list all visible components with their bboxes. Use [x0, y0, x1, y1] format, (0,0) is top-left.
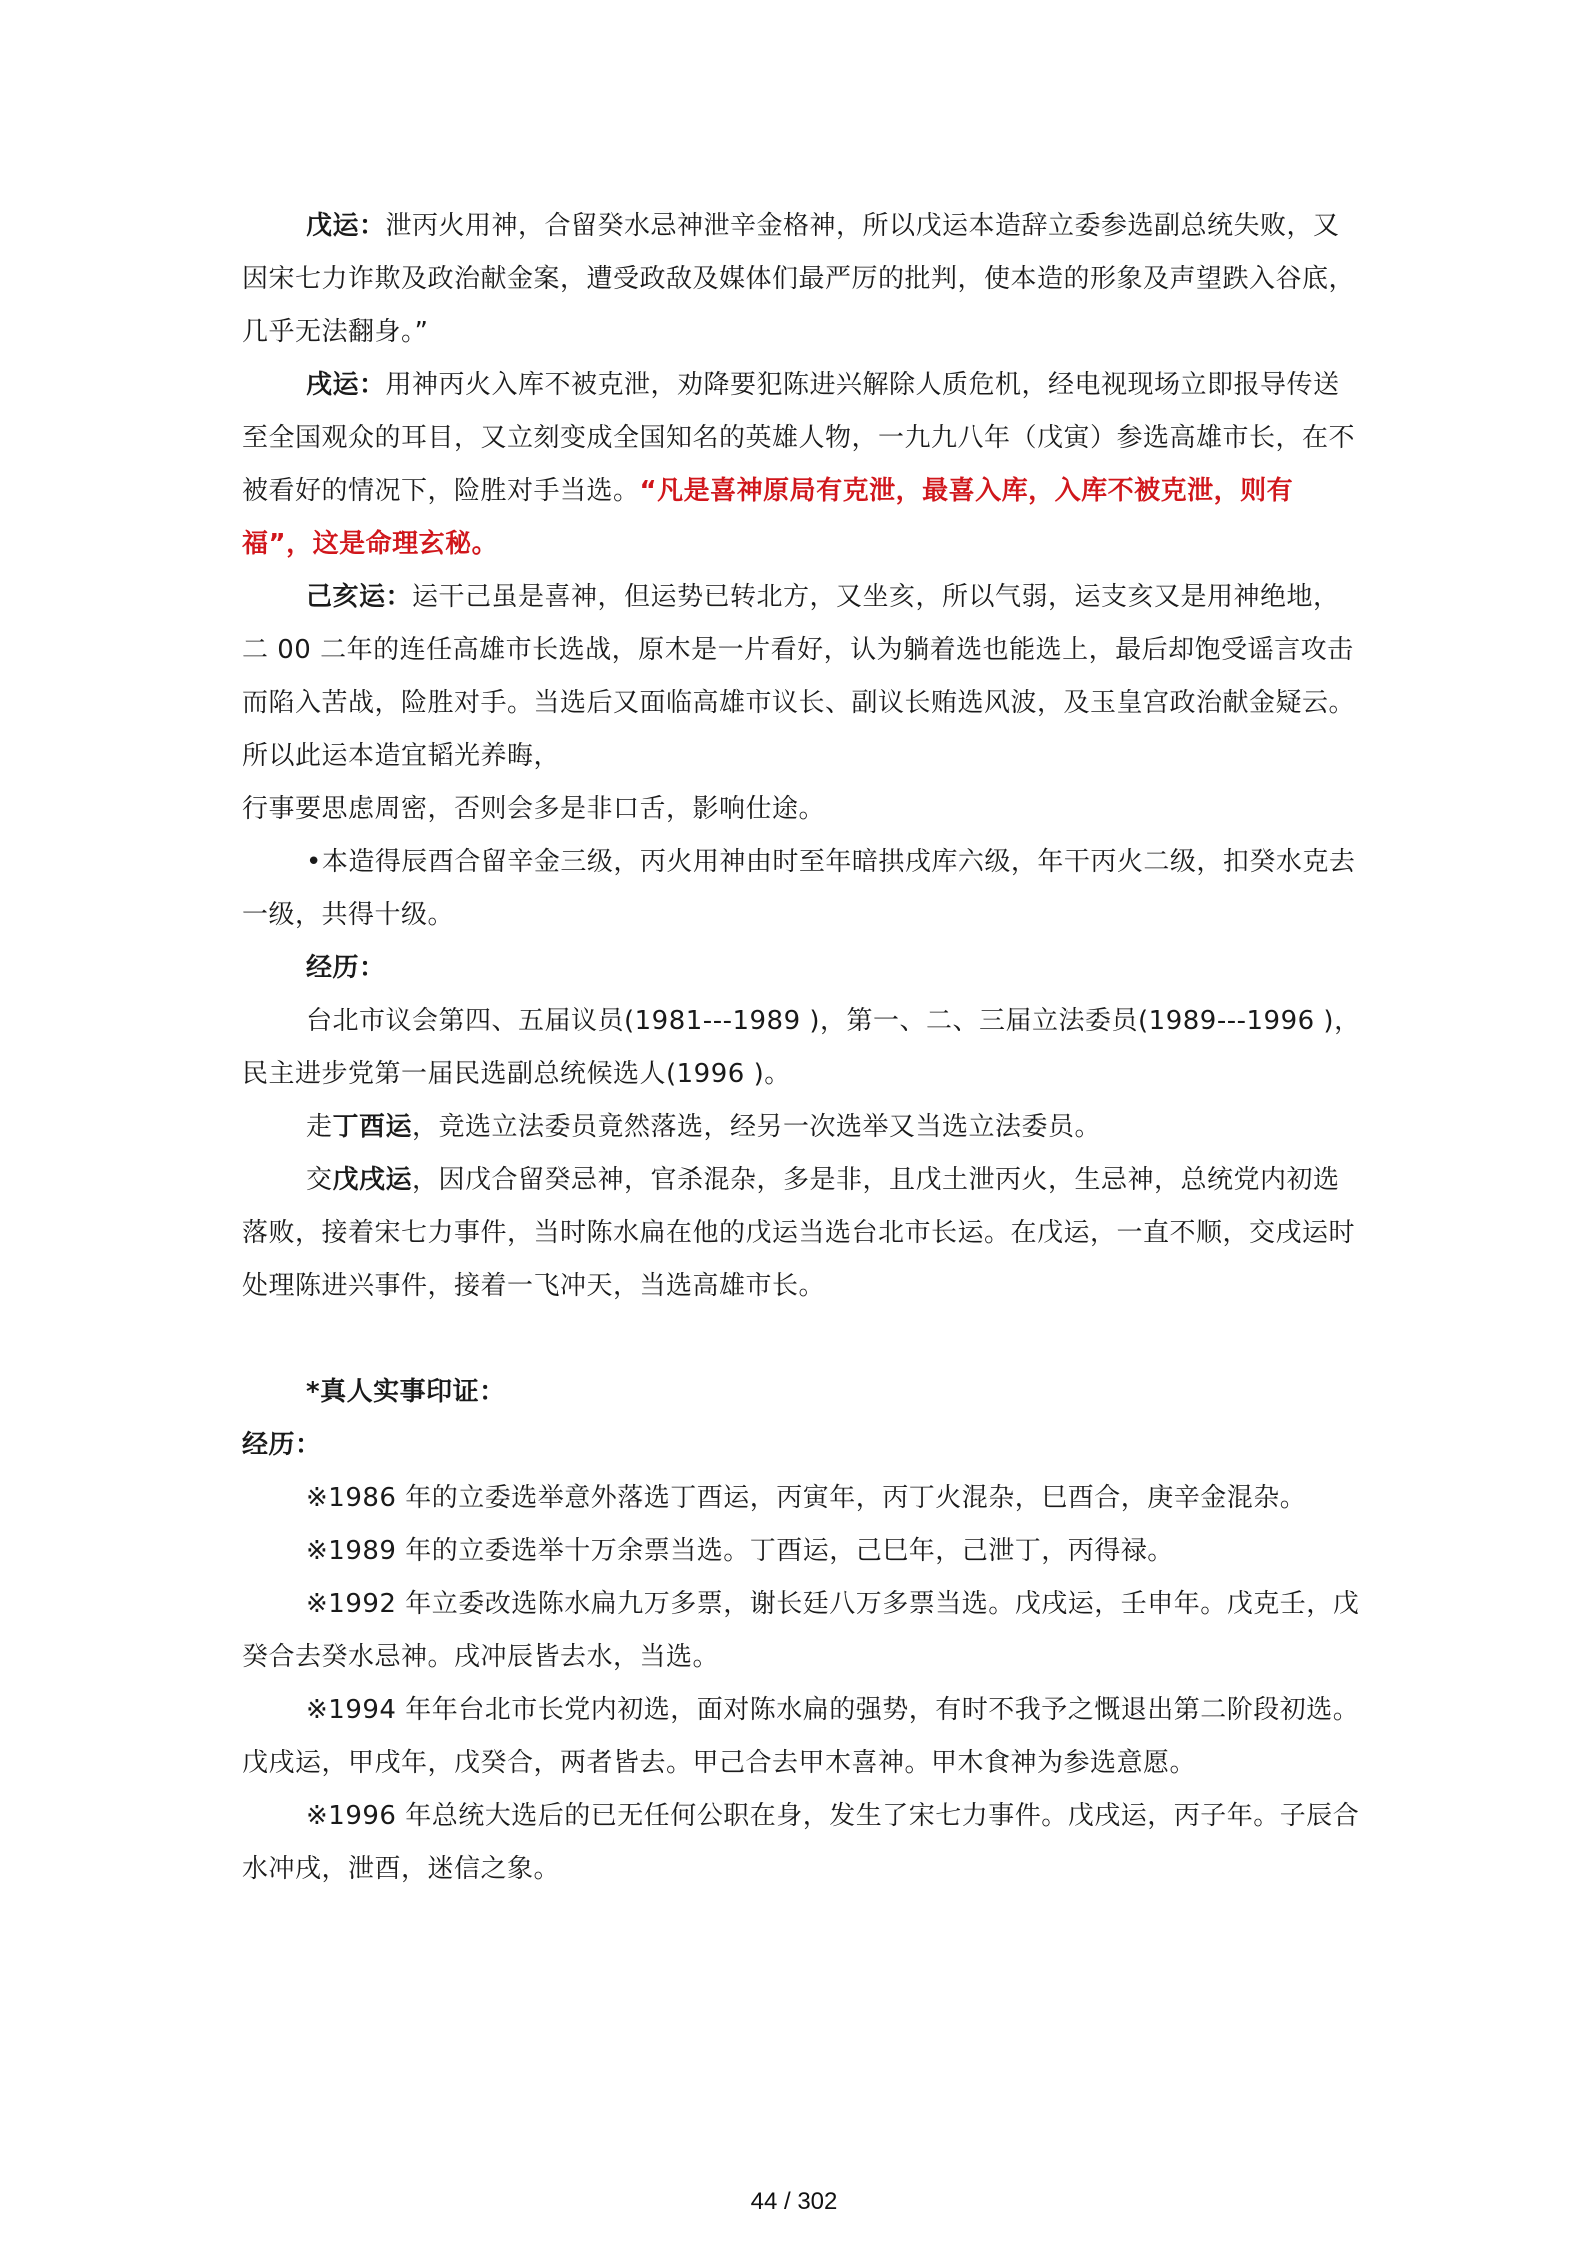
- list-item-text: ※1986 年的立委选举意外落选丁酉运，丙寅年，丙丁火混杂，巳酉合，庚辛金混杂。: [306, 1483, 1306, 1513]
- paragraph-text: 行事要思虑周密，否则会多是非口舌，影响仕途。: [242, 794, 825, 824]
- paragraph-dingyou-yun: 走丁酉运，竞选立法委员竟然落选，经另一次选举又当选立法委员。: [242, 1101, 1362, 1154]
- paragraph-text: 台北市议会第四、五届议员(1981---1989 )，第一、二、三届立法委员(1…: [242, 1006, 1361, 1089]
- paragraph-text: •本造得辰酉合留辛金三级，丙火用神由时至年暗拱戌库六级，年干丙火二级，扣癸水克去…: [242, 847, 1355, 930]
- paragraph-wuxu-yun: 交戊戌运，因戊合留癸忌神，官杀混杂，多是非，且戊土泄丙火，生忌神，总统党内初选落…: [242, 1154, 1362, 1313]
- page-indicator: 44 / 302: [0, 2188, 1588, 2216]
- paragraph-text: 泄丙火用神，合留癸水忌神泄辛金格神，所以戊运本造辞立委参选副总统失败，又因宋七力…: [242, 211, 1355, 347]
- list-item-1986: ※1986 年的立委选举意外落选丁酉运，丙寅年，丙丁火混杂，巳酉合，庚辛金混杂。: [242, 1472, 1362, 1525]
- paragraph-pre: 交: [306, 1165, 333, 1195]
- section-subheading-experience: 经历：: [242, 1419, 1362, 1472]
- paragraph-pre: 走: [306, 1112, 333, 1142]
- paragraph-text: ，竞选立法委员竟然落选，经另一次选举又当选立法委员。: [412, 1112, 1101, 1142]
- heading-experience: 经历：: [242, 942, 1362, 995]
- paragraph-level-count: •本造得辰酉合留辛金三级，丙火用神由时至年暗拱戌库六级，年干丙火二级，扣癸水克去…: [242, 836, 1362, 942]
- list-item-1994: ※1994 年年台北市长党内初选，面对陈水扁的强势，有时不我予之慨退出第二阶段初…: [242, 1684, 1362, 1790]
- section-heading-real-cases: *真人实事印证：: [242, 1366, 1362, 1419]
- paragraph-lead: 丁酉运: [333, 1112, 413, 1142]
- document-page: 戊运：泄丙火用神，合留癸水忌神泄辛金格神，所以戊运本造辞立委参选副总统失败，又因…: [242, 200, 1362, 1896]
- list-item-text: ※1996 年总统大选后的已无任何公职在身，发生了宋七力事件。戊戌运，丙子年。子…: [242, 1801, 1359, 1884]
- paragraph-lead: 戊运：: [306, 211, 386, 241]
- paragraph-lead: 戌运：: [306, 370, 386, 400]
- paragraph-lead: 戊戌运: [333, 1165, 413, 1195]
- spacer: [242, 1313, 1362, 1366]
- paragraph-jihai-yun: 己亥运：运干己虽是喜神，但运势已转北方，又坐亥，所以气弱，运支亥又是用神绝地，二…: [242, 571, 1362, 783]
- paragraph-continuation: 行事要思虑周密，否则会多是非口舌，影响仕途。: [242, 783, 1362, 836]
- list-item-1996: ※1996 年总统大选后的已无任何公职在身，发生了宋七力事件。戊戌运，丙子年。子…: [242, 1790, 1362, 1896]
- paragraph-xu-yun: 戌运：用神丙火入库不被克泄，劝降要犯陈进兴解除人质危机，经电视现场立即报导传送至…: [242, 359, 1362, 571]
- list-item-1989: ※1989 年的立委选举十万余票当选。丁酉运，己巳年，己泄丁，丙得禄。: [242, 1525, 1362, 1578]
- paragraph-lead: 己亥运：: [306, 582, 412, 612]
- list-item-text: ※1989 年的立委选举十万余票当选。丁酉运，己巳年，己泄丁，丙得禄。: [306, 1536, 1174, 1566]
- paragraph-career: 台北市议会第四、五届议员(1981---1989 )，第一、二、三届立法委员(1…: [242, 995, 1362, 1101]
- heading-text: *真人实事印证：: [306, 1377, 506, 1407]
- list-item-text: ※1992 年立委改选陈水扁九万多票，谢长廷八万多票当选。戊戌运，壬申年。戊克壬…: [242, 1589, 1359, 1672]
- heading-text: 经历：: [306, 953, 386, 983]
- paragraph-wu-yun: 戊运：泄丙火用神，合留癸水忌神泄辛金格神，所以戊运本造辞立委参选副总统失败，又因…: [242, 200, 1362, 359]
- list-item-text: ※1994 年年台北市长党内初选，面对陈水扁的强势，有时不我予之慨退出第二阶段初…: [242, 1695, 1359, 1778]
- heading-text: 经历：: [242, 1430, 322, 1460]
- list-item-1992: ※1992 年立委改选陈水扁九万多票，谢长廷八万多票当选。戊戌运，壬申年。戊克壬…: [242, 1578, 1362, 1684]
